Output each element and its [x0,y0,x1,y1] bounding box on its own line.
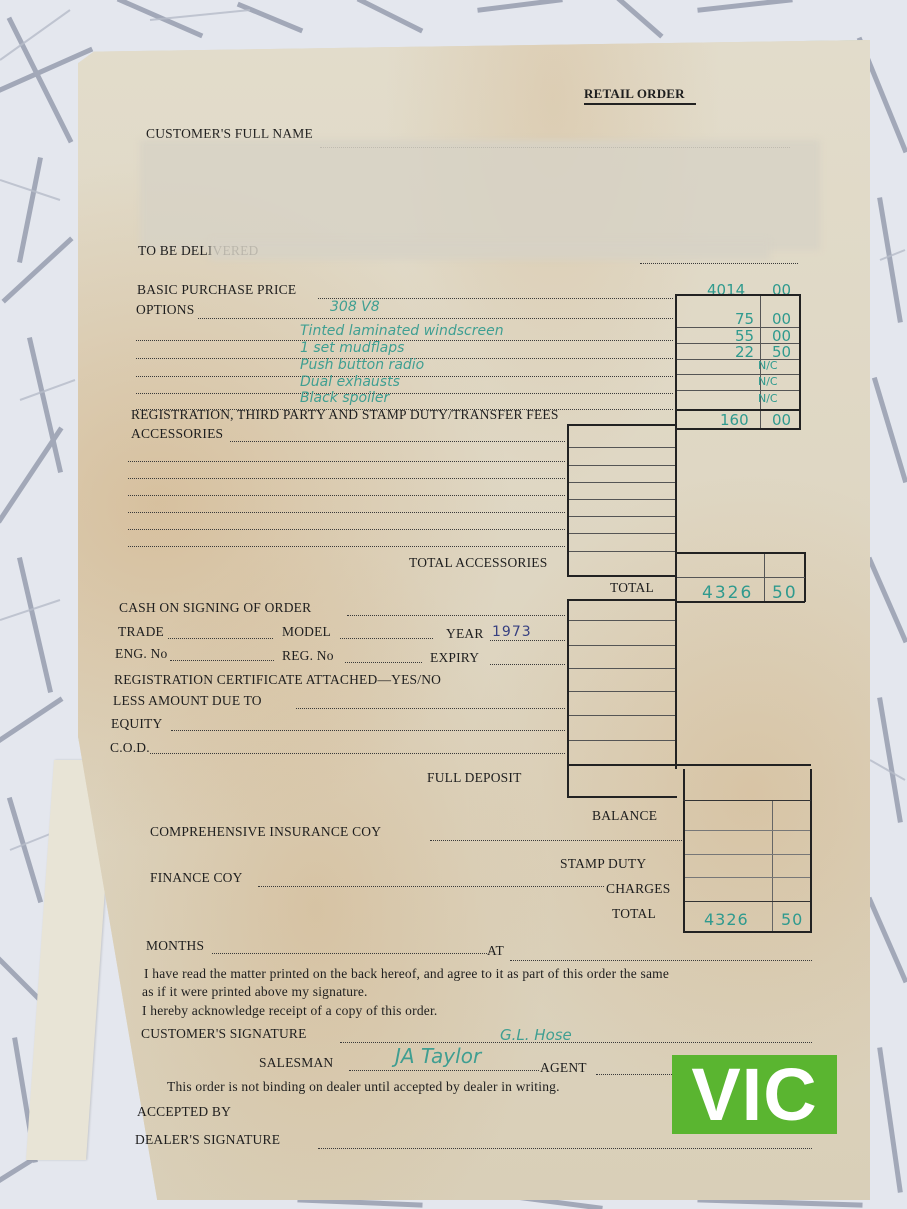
vic-state-badge: VIC [672,1055,837,1134]
insurance-field[interactable] [430,840,682,841]
registration-fees-label: REGISTRATION, THIRD PARTY AND STAMP DUTY… [131,407,559,423]
cod-field[interactable] [150,753,565,754]
agent-field[interactable] [596,1074,672,1075]
accessory-line-6[interactable] [128,529,565,530]
option-amount-dollars: 75 [735,310,754,328]
declaration-line-1: I have read the matter printed on the ba… [144,966,669,982]
accessory-line-1[interactable] [230,441,565,442]
year-value: 1973 [492,624,532,640]
salesman-label: SALESMAN [259,1055,333,1071]
reg-no-field[interactable] [345,662,422,663]
reg-no-label: REG. No [282,648,334,664]
not-binding-text: This order is not binding on dealer unti… [167,1079,560,1095]
final-total-label: TOTAL [612,906,656,922]
balance-label: BALANCE [592,808,657,824]
option-amount-cents: 00 [772,310,791,328]
final-total-cents: 50 [781,910,803,929]
option-amount-dollars: 22 [735,343,754,361]
charges-label: CHARGES [606,881,670,897]
final-total-dollars: 4326 [704,910,749,929]
option-item: Tinted laminated windscreen [300,323,504,339]
year-field[interactable] [490,640,565,641]
cash-on-signing-label: CASH ON SIGNING OF ORDER [119,600,311,616]
accepted-by-label: ACCEPTED BY [137,1104,231,1120]
basic-price-dollars: 4014 [707,281,745,299]
accessory-line-7[interactable] [128,546,565,547]
reg-cert-label: REGISTRATION CERTIFICATE ATTACHED—YES/NO [114,672,441,688]
option-line-4[interactable] [136,376,673,377]
insurance-label: COMPREHENSIVE INSURANCE COY [150,824,381,840]
price-box-top [675,294,800,296]
total-label: TOTAL [610,580,654,596]
total-dollars: 4326 [702,583,753,603]
registration-cents: 00 [772,411,791,429]
agent-label: AGENT [540,1060,587,1076]
model-field[interactable] [340,638,433,639]
delivery-line[interactable] [640,263,798,264]
salesman-signature: JA Taylor [395,1044,481,1068]
accessory-line-2[interactable] [128,461,565,462]
finance-label: FINANCE COY [150,870,243,886]
eng-no-label: ENG. No [115,646,167,662]
option-line-1[interactable] [198,318,673,319]
finance-field[interactable] [258,886,604,887]
months-field[interactable] [212,953,487,954]
trade-field[interactable] [168,638,273,639]
registration-dollars: 160 [720,411,749,429]
option-item: Black spoiler [300,390,389,406]
option-line-5[interactable] [136,393,673,394]
redacted-address [140,140,820,250]
option-amount-cents: N/C [758,359,778,372]
accessory-line-3[interactable] [128,478,565,479]
full-deposit-label: FULL DEPOSIT [427,770,522,786]
salesman-field[interactable] [349,1070,539,1071]
basic-price-label: BASIC PURCHASE PRICE [137,282,296,298]
option-item: 1 set mudflaps [300,340,404,356]
accessories-box-top [567,424,675,426]
months-label: MONTHS [146,938,204,954]
dealer-signature-field[interactable] [318,1148,812,1149]
year-label: YEAR [446,626,484,642]
declaration-line-2: as if it were printed above my signature… [142,984,368,1000]
customer-signature: G.L. Hose [500,1026,572,1044]
equity-field[interactable] [171,730,565,731]
customer-signature-label: CUSTOMER'S SIGNATURE [141,1026,307,1042]
option-item: Push button radio [300,357,424,373]
eng-no-field[interactable] [170,660,274,661]
redacted-delivery [210,240,770,260]
expiry-field[interactable] [490,664,565,665]
option-item: Dual exhausts [300,374,400,390]
customer-signature-field[interactable] [340,1042,812,1043]
option-line-2[interactable] [136,340,673,341]
equity-label: EQUITY [111,716,162,732]
form-title: RETAIL ORDER [584,86,685,102]
option-amount-cents: N/C [758,392,778,405]
total-accessories-label: TOTAL ACCESSORIES [409,555,547,571]
at-label: AT [487,943,504,959]
accessories-label: ACCESSORIES [131,426,223,442]
less-amount-field[interactable] [296,708,565,709]
trade-label: TRADE [118,624,164,640]
title-underline [584,103,696,105]
cod-label: C.O.D. [110,740,150,756]
option-amount-cents: N/C [758,375,778,388]
model-label: MODEL [282,624,331,640]
total-cents: 50 [772,583,798,603]
basic-price-cents: 00 [772,281,791,299]
price-box-right [799,294,801,429]
acknowledge-text: I hereby acknowledge receipt of a copy o… [142,1003,437,1019]
price-box-left [675,294,677,769]
less-amount-label: LESS AMOUNT DUE TO [113,693,262,709]
accessory-line-5[interactable] [128,512,565,513]
expiry-label: EXPIRY [430,650,479,666]
option-item: 308 V8 [330,299,380,315]
dealer-signature-label: DEALER'S SIGNATURE [135,1132,280,1148]
cash-on-signing-line[interactable] [347,615,565,616]
at-field[interactable] [510,960,812,961]
options-label: OPTIONS [136,302,194,318]
stamp-duty-label: STAMP DUTY [560,856,646,872]
accessory-line-4[interactable] [128,495,565,496]
